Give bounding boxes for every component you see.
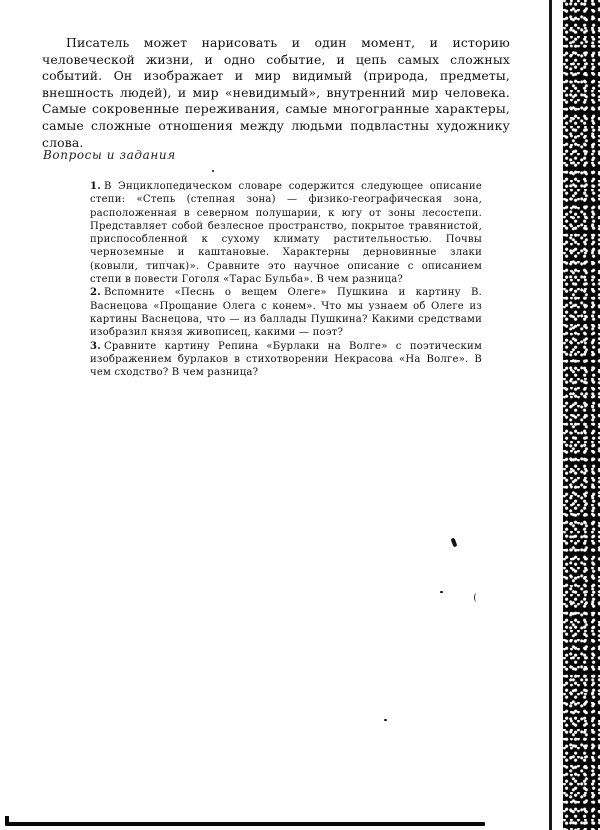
question-item: 3.Сравните картину Репина «Бурлаки на Во… [90,340,482,380]
intro-text-block: Писатель может нарисовать и один момент,… [42,35,510,151]
question-item: 2.Вспомните «Песнь о вещем Олеге» Пушкин… [90,286,482,339]
intro-paragraph: Писатель может нарисовать и один момент,… [42,35,510,151]
scan-speck [212,170,214,172]
bottom-edge-rule [5,822,485,826]
questions-list: 1.В Энциклопедическом словаре содержится… [90,180,482,379]
scan-speck [451,538,458,548]
book-binding-strip [563,0,600,830]
question-number: 3. [90,341,101,352]
question-text: В Энциклопедическом словаре содержится с… [90,181,482,285]
scan-speck [384,719,387,721]
scanned-book-page: Писатель может нарисовать и один момент,… [0,0,600,830]
scan-speck [474,593,479,602]
question-text: Вспомните «Песнь о вещем Олеге» Пушкина … [90,287,482,338]
scan-speck [440,591,443,593]
question-item: 1.В Энциклопедическом словаре содержится… [90,180,482,286]
question-text: Сравните картину Репина «Бурлаки на Волг… [90,341,482,379]
question-number: 2. [90,287,101,298]
section-title: Вопросы и задания [43,148,176,162]
page-edge-line [549,0,552,830]
question-number: 1. [90,181,101,192]
